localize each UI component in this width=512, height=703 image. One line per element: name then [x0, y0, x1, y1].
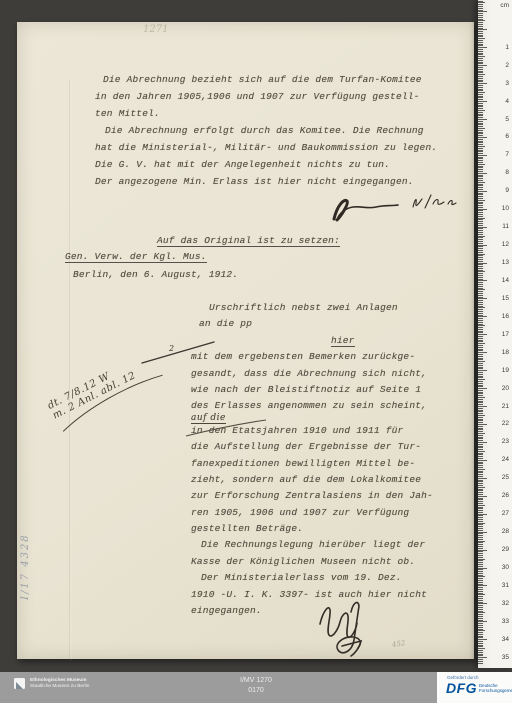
ruler-number: 24 — [502, 456, 509, 463]
dfg-logo-block: Gefördert durch DFG Deutsche Forschungsg… — [437, 672, 512, 703]
ruler-number: 18 — [502, 349, 509, 356]
ruler-number: 28 — [502, 528, 509, 535]
typed-line: 1910 -U. I. K. 3397- ist auch hier nicht — [191, 587, 441, 603]
typed-line: Kasse der Königlichen Museen nicht ob. — [191, 554, 441, 570]
directive-heading: Auf das Original ist zu setzen: — [157, 235, 340, 246]
archive-reference: I/MV 1270 0170 — [0, 676, 512, 696]
handwritten-annotation-number: 2 — [169, 344, 174, 353]
directive-dateline-text: Berlin, den 6. August, 1912. — [73, 269, 238, 280]
typed-line: Die Abrechnung bezieht sich auf die dem … — [95, 71, 460, 88]
typed-line: gestellten Beträge. — [191, 521, 441, 537]
ruler-number: 3 — [505, 80, 509, 87]
typed-line: die Aufstellung der Ergebnisse der Tur- — [191, 439, 441, 455]
ruler-number: 7 — [505, 151, 509, 158]
ruler-number: 27 — [502, 510, 509, 517]
ruler-number: 23 — [502, 438, 509, 445]
typed-line: an die pp — [191, 316, 441, 332]
ruler-tick — [478, 663, 483, 664]
ruler-number: 8 — [505, 169, 509, 176]
ruler-number: 13 — [502, 259, 509, 266]
ruler-number: 14 — [502, 277, 509, 284]
typed-line: in den Jahren 1905,1906 und 1907 zur Ver… — [95, 88, 460, 105]
typed-line: wie nach der Bleistiftnotiz auf Seite 1 — [191, 382, 441, 398]
typed-line: Urschriftlich nebst zwei Anlagen — [191, 300, 441, 316]
typed-line: ren 1905, 1906 und 1907 zur Verfügung — [191, 505, 441, 521]
pencil-archival-number-vertical: I/17 4328 — [20, 533, 31, 600]
ruler-number: 16 — [502, 313, 509, 320]
typed-line: des Erlasses angenommen zu sein scheint, — [191, 398, 441, 414]
typed-line: in den Etatsjahren 1910 und 1911 für — [191, 423, 441, 439]
ruler-number: 5 — [505, 116, 509, 123]
ruler-number: 10 — [502, 205, 509, 212]
ruler-number: 1 — [505, 44, 509, 51]
archive-scan-viewer: Die Abrechnung bezieht sich auf die dem … — [0, 0, 512, 703]
ruler-number: 29 — [502, 546, 509, 553]
typed-line: Die Rechnungslegung hierüber liegt der — [191, 537, 441, 553]
ruler-number: 22 — [502, 420, 509, 427]
ruler-number: 19 — [502, 367, 509, 374]
typed-line: Die G. V. hat mit der Angelegenheit nich… — [95, 156, 460, 173]
ruler-number: 6 — [505, 133, 509, 140]
sheet-edge-shadow — [69, 80, 70, 660]
ruler-number: 20 — [502, 385, 509, 392]
typed-line: mit dem ergebensten Bemerken zurückge- — [191, 349, 441, 365]
typed-paragraph-urschriftlich: Urschriftlich nebst zwei Anlagenan die p… — [191, 300, 441, 619]
ruler-number: 35 — [502, 654, 509, 661]
ruler-number: 11 — [502, 223, 509, 230]
ruler-number: 9 — [505, 187, 509, 194]
typed-line: zieht, sondern auf die dem Lokalkomitee — [191, 472, 441, 488]
archive-reference-signature: I/MV 1270 — [0, 676, 512, 686]
archive-reference-page: 0170 — [0, 686, 512, 696]
typed-line: gesandt, dass die Abrechnung sich nicht, — [191, 366, 441, 382]
pencil-faint-top-number: 1271 — [143, 24, 168, 35]
typed-paragraph-abrechnung: Die Abrechnung bezieht sich auf die dem … — [95, 71, 460, 190]
typed-line: eingegangen. — [191, 603, 441, 619]
directive-heading-text: Auf das Original ist zu setzen: — [157, 235, 340, 247]
typed-line: ten Mittel. — [95, 105, 460, 122]
ruler-number: 32 — [502, 600, 509, 607]
typed-line: Der Ministerialerlass vom 19. Dez. — [191, 570, 441, 586]
dfg-logo-acronym: DFG — [446, 680, 477, 696]
dfg-logo-name: Deutsche Forschungsgemeinschaft — [479, 683, 512, 693]
directive-sender: Gen. Verw. der Kgl. Mus. — [65, 251, 207, 262]
ruler-number: 25 — [502, 474, 509, 481]
typed-line: hat die Ministerial-, Militär- und Bauko… — [95, 139, 460, 156]
footer-bar: Ethnologisches Museum Staatliche Museen … — [0, 672, 512, 703]
ruler-number: 33 — [502, 618, 509, 625]
typed-line: Der angezogene Min. Erlass ist hier nich… — [95, 173, 460, 190]
ruler-number: 31 — [502, 582, 509, 589]
ruler-number: 15 — [502, 295, 509, 302]
ruler-unit-label: cm — [500, 2, 509, 9]
ruler-number: 30 — [502, 564, 509, 571]
typed-line: fanexpeditionen bewilligten Mittel be- — [191, 456, 441, 472]
directive-sender-text: Gen. Verw. der Kgl. Mus. — [65, 251, 207, 263]
ruler: cm 1234567891011121314151617181920212223… — [478, 0, 512, 668]
typed-line: zur Erforschung Zentralasiens in den Jah… — [191, 488, 441, 504]
ruler-number: 4 — [505, 98, 509, 105]
ruler-number: 2 — [505, 62, 509, 69]
typed-line: Die Abrechnung erfolgt durch das Komitee… — [95, 122, 460, 139]
ruler-number: 21 — [502, 403, 509, 410]
directive-dateline: Berlin, den 6. August, 1912. — [73, 269, 238, 280]
typed-line: hier — [191, 333, 441, 349]
ruler-number: 17 — [502, 331, 509, 338]
ruler-number: 26 — [502, 492, 509, 499]
ruler-number: 34 — [502, 636, 509, 643]
ruler-number: 12 — [502, 241, 509, 248]
